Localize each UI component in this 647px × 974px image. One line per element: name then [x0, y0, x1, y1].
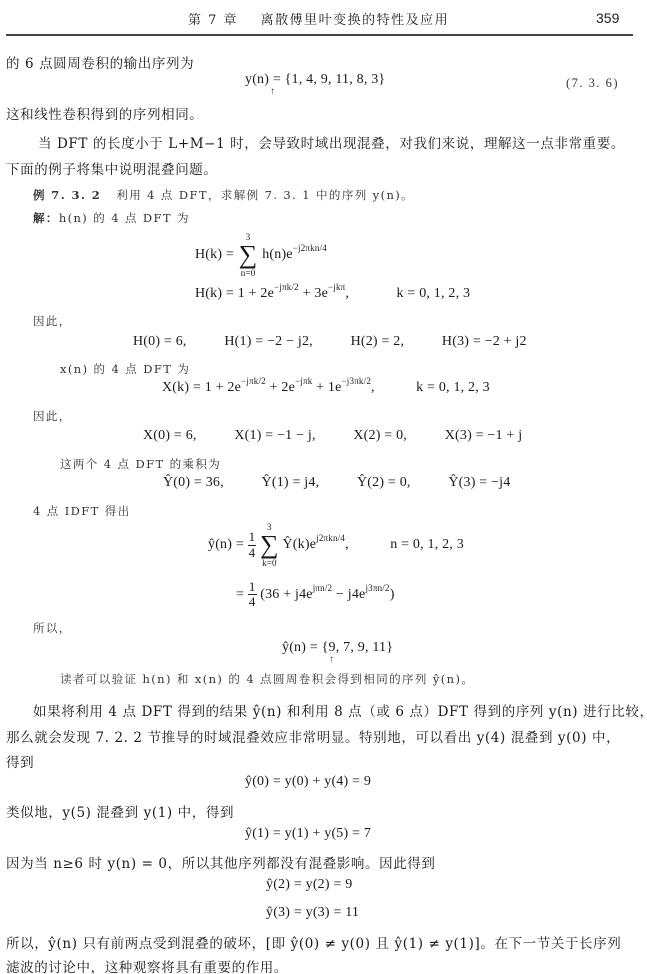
- text-line: 类似地，y(5) 混叠到 y(1) 中，得到: [6, 801, 234, 821]
- therefore-label: 因此，: [33, 408, 72, 424]
- paragraph-line: 那么就会发现 7. 2. 2 节推导的时域混叠效应非常明显。特别地，可以看出 y…: [6, 726, 620, 746]
- paragraph-line: 滤波的讨论中，这种观察将具有重要的作用。: [6, 956, 288, 974]
- so-label: 所以，: [33, 620, 72, 636]
- example-heading: 例 7. 3. 2 利用 4 点 DFT，求解例 7. 3. 1 中的序列 y(…: [33, 187, 414, 203]
- chapter-label: 第 7 章: [188, 13, 238, 28]
- header-rule: [6, 34, 633, 36]
- example-text: 利用 4 点 DFT，求解例 7. 3. 1 中的序列 y(n)。: [116, 188, 414, 202]
- paragraph-line: 当 DFT 的长度小于 L+M−1 时，会导致时域出现混叠，对我们来说，理解这一…: [38, 132, 625, 152]
- x-dft-intro: x(n) 的 4 点 DFT 为: [60, 361, 190, 377]
- equation-alias-0: ŷ(0) = y(0) + y(4) = 9: [245, 774, 371, 790]
- equation-yhat: ŷ(n) = {9, 7, 9, 11}: [282, 640, 393, 656]
- Y-values-row: Ŷ(0) = 36, Ŷ(1) = j4, Ŷ(2) = 0, Ŷ(3) = −…: [163, 475, 510, 491]
- origin-arrow-icon: ↑: [329, 654, 334, 665]
- example-label: 例 7. 3. 2: [33, 188, 101, 202]
- equation-idft-expand: = 14 (36 + j4ejπn/2 − j4ej3πn/2): [236, 580, 395, 610]
- equation-alias-1: ŷ(1) = y(1) + y(5) = 7: [245, 826, 371, 842]
- text-line: 这和线性卷积得到的序列相同。: [6, 103, 203, 123]
- equation-H-sum: H(k) = 3 ∑ n=0 h(n)e−j2πkn/4: [195, 232, 327, 278]
- equation-y2: ŷ(2) = y(2) = 9: [266, 877, 352, 893]
- page-number: 359: [596, 10, 619, 26]
- therefore-label: 因此，: [33, 313, 72, 329]
- equation-H-expand: H(k) = 1 + 2e−jπk/2 + 3e−jkπ, k = 0, 1, …: [195, 286, 470, 302]
- H-values-row: H(0) = 6, H(1) = −2 − j2, H(2) = 2, H(3)…: [133, 334, 527, 350]
- equation-X-expand: X(k) = 1 + 2e−jπk/2 + 2e−jπk + 1e−j3πk/2…: [162, 380, 490, 396]
- product-intro: 这两个 4 点 DFT 的乘积为: [60, 456, 221, 472]
- paragraph-line: 所以，ŷ(n) 只有前两点受到混叠的破坏，[即 ŷ(0) ≠ y(0) 且 ŷ(…: [6, 932, 621, 952]
- solution-label: 解：: [33, 211, 59, 225]
- idft-intro: 4 点 IDFT 得出: [33, 503, 131, 519]
- running-header: 第 7 章 离散傅里叶变换的特性及应用: [188, 9, 449, 28]
- paragraph-line: 下面的例子将集中说明混叠问题。: [6, 158, 218, 178]
- text-line: 因为当 n≥6 时 y(n) = 0，所以其他序列都没有混叠影响。因此得到: [6, 852, 436, 872]
- text-line: 的 6 点圆周卷积的输出序列为: [6, 52, 194, 72]
- equation-y3: ŷ(3) = y(3) = 11: [266, 905, 359, 921]
- X-values-row: X(0) = 6, X(1) = −1 − j, X(2) = 0, X(3) …: [143, 428, 522, 444]
- solution-intro: 解：h(n) 的 4 点 DFT 为: [33, 210, 190, 226]
- paragraph-line: 如果将利用 4 点 DFT 得到的结果 ŷ(n) 和利用 8 点（或 6 点）D…: [33, 700, 647, 720]
- paragraph-line: 得到: [6, 751, 34, 771]
- chapter-title: 离散傅里叶变换的特性及应用: [261, 13, 450, 28]
- verify-note: 读者可以验证 h(n) 和 x(n) 的 4 点圆周卷积会得到相同的序列 ŷ(n…: [60, 671, 474, 687]
- equation-7-3-6: y(n) = {1, 4, 9, 11, 8, 3}: [245, 72, 385, 88]
- equation-idft: ŷ(n) = 14 3 ∑ k=0 Ŷ(k)ej2πkn/4, n = 0, 1…: [208, 522, 464, 568]
- origin-arrow-icon: ↑: [270, 86, 275, 97]
- equation-number: (7. 3. 6): [566, 76, 619, 91]
